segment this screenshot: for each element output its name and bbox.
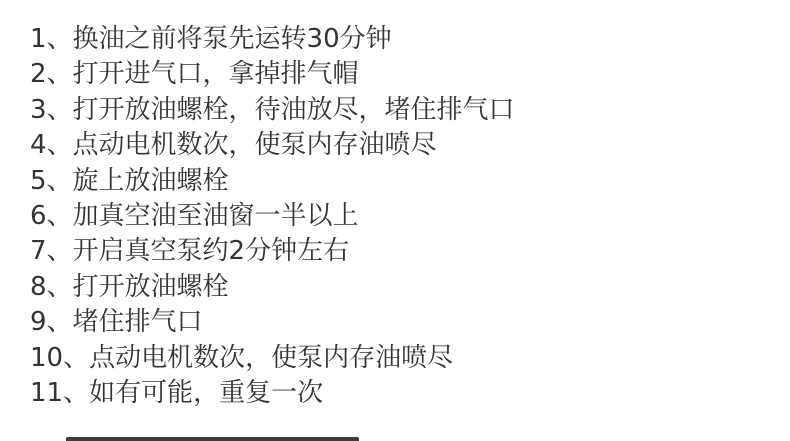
bottom-edge-bar <box>66 437 359 441</box>
instruction-line-4: 4、点动电机数次，使泵内存油喷尽 <box>30 128 770 163</box>
instruction-line-7: 7、开启真空泵约2分钟左右 <box>30 234 770 269</box>
instruction-line-1: 1、换油之前将泵先运转30分钟 <box>30 22 770 57</box>
instruction-line-2: 2、打开进气口，拿掉排气帽 <box>30 57 770 92</box>
instruction-line-6: 6、加真空油至油窗一半以上 <box>30 199 770 234</box>
instruction-line-3: 3、打开放油螺栓，待油放尽，堵住排气口 <box>30 93 770 128</box>
instruction-line-5: 5、旋上放油螺栓 <box>30 164 770 199</box>
instructions-list: 1、换油之前将泵先运转30分钟 2、打开进气口，拿掉排气帽 3、打开放油螺栓，待… <box>30 22 770 411</box>
instruction-line-8: 8、打开放油螺栓 <box>30 270 770 305</box>
instruction-line-10: 10、点动电机数次，使泵内存油喷尽 <box>30 341 770 376</box>
instruction-line-11: 11、如有可能，重复一次 <box>30 376 770 411</box>
instruction-line-9: 9、堵住排气口 <box>30 305 770 340</box>
